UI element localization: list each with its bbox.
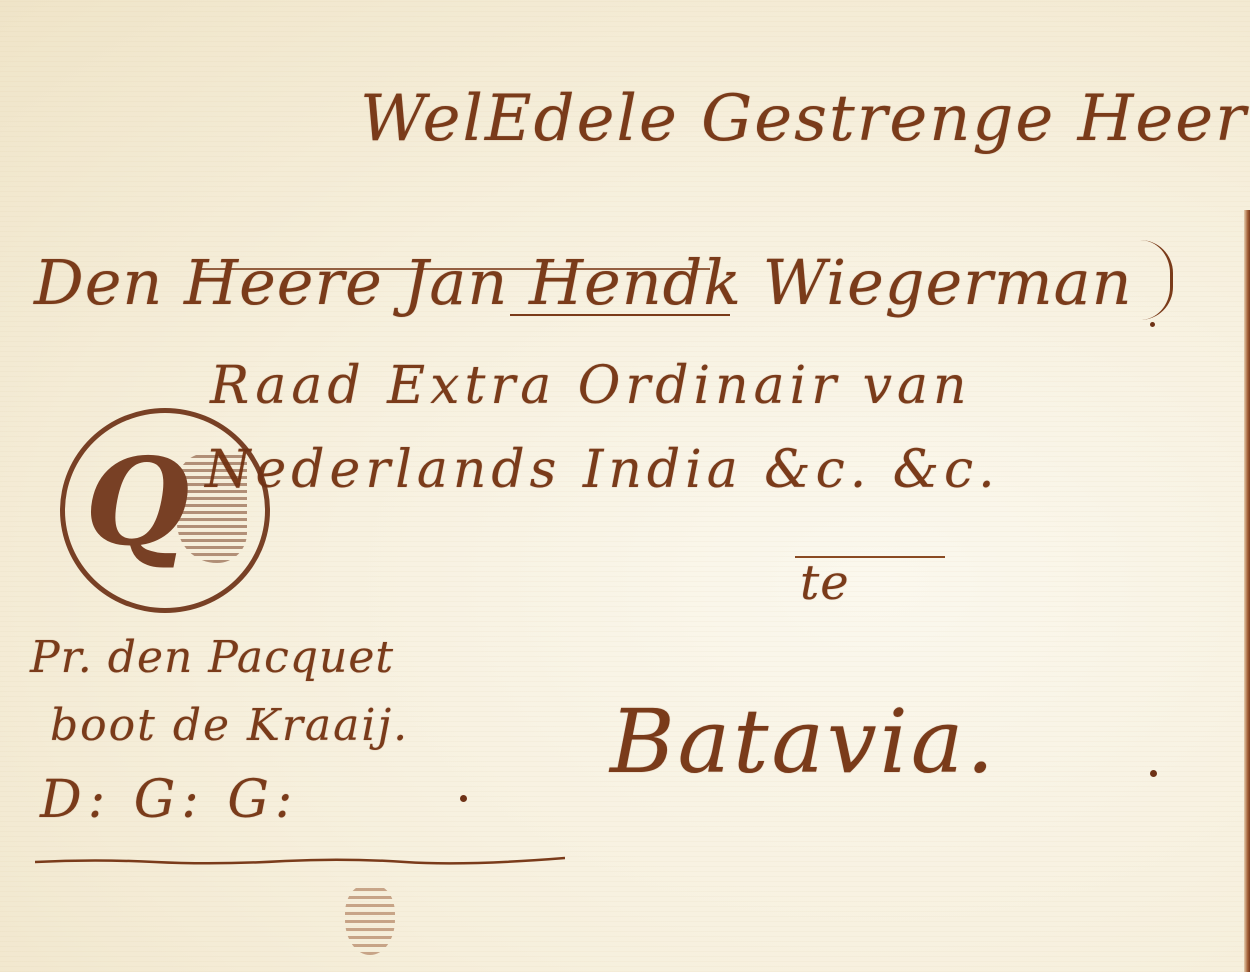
ink-dot — [1150, 770, 1157, 777]
ink-dot — [460, 795, 467, 802]
seal-monogram: Q — [85, 443, 190, 563]
seal-detail — [177, 453, 247, 563]
addressee-title-line-1: Raad Extra Ordinair van — [210, 356, 972, 416]
monogram-seal: Q — [60, 408, 270, 613]
destination-city: Batavia. — [610, 690, 997, 793]
routing-note-line-1: Pr. den Pacquet — [30, 632, 394, 683]
preposition-te: te — [800, 555, 850, 611]
flourish-rule — [35, 856, 565, 866]
salutation: WelEdele Gestrenge Heer — [360, 82, 1248, 156]
routing-note-line-2: boot de Kraaij. — [50, 700, 409, 751]
ink-dot — [1150, 322, 1155, 327]
addressee-name: Den Heere Jan Hendk Wiegerman — [34, 246, 1133, 319]
routing-note-initials: D: G: G: — [40, 770, 298, 830]
ink-smudge — [345, 885, 395, 955]
addressee-title-line-2: Nederlands India &c. &c. — [205, 440, 1000, 500]
name-underline — [510, 314, 730, 316]
paper-edge — [1244, 210, 1250, 972]
